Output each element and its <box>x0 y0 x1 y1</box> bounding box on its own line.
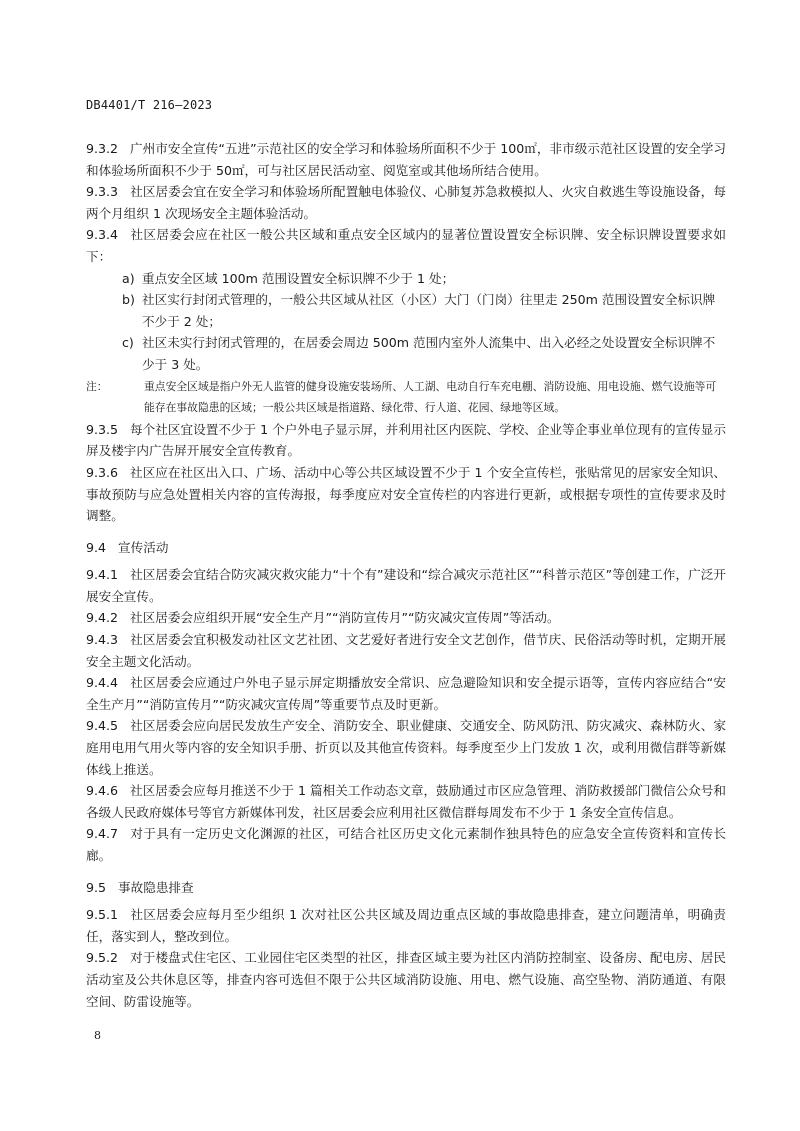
clause-9-3-3: 9.3.3社区居委会宜在安全学习和体验场所配置触电体验仪、心肺复苏急救模拟人、火… <box>86 181 726 224</box>
requirement-list: a)重点安全区域 100m 范围设置安全标识牌不少于 1 处； b)社区实行封闭… <box>86 268 726 376</box>
section-title: 事故隐患排查 <box>118 880 194 895</box>
clause-number: 9.4.2 <box>86 610 118 625</box>
clause-number: 9.3.2 <box>86 141 118 156</box>
clause-9-3-5: 9.3.5每个社区宜设置不少于 1 个户外电子显示屏，并利用社区内医院、学校、企… <box>86 419 726 462</box>
clause-text: 社区居委会应向居民发放生产安全、消防安全、职业健康、交通安全、防风防汛、防灾减灾… <box>86 718 726 776</box>
clause-9-4-1: 9.4.1社区居委会宜结合防灾减灾救灾能力“十个有”建设和“综合减灾示范社区”“… <box>86 564 726 607</box>
page-number: 8 <box>94 1029 101 1042</box>
clause-9-4-4: 9.4.4社区居委会应通过户外电子显示屏定期播放安全常识、应急避险知识和安全提示… <box>86 672 726 715</box>
clause-9-3-4: 9.3.4社区居委会应在社区一般公共区域和重点安全区域内的显著位置设置安全标识牌… <box>86 224 726 267</box>
clause-text: 对于楼盘式住宅区、工业园住宅区类型的社区，排查区域主要为社区内消防控制室、设备房… <box>86 950 726 1008</box>
clause-number: 9.4.3 <box>86 632 118 647</box>
clause-9-5-2: 9.5.2对于楼盘式住宅区、工业园住宅区类型的社区，排查区域主要为社区内消防控制… <box>86 947 726 1012</box>
note-text: 重点安全区域是指户外无人监管的健身设施安装场所、人工湖、电动自行车充电棚、消防设… <box>116 376 726 419</box>
list-marker: b) <box>122 289 135 311</box>
document-body: 9.3.2广州市安全宣传“五进”示范社区的安全学习和体验场所面积不少于 100㎡… <box>86 138 726 1012</box>
list-marker: c) <box>122 332 134 354</box>
clause-text: 每个社区宜设置不少于 1 个户外电子显示屏，并利用社区内医院、学校、企业等企事业… <box>86 422 726 459</box>
clause-number: 9.3.6 <box>86 465 118 480</box>
clause-number: 9.5.1 <box>86 907 118 922</box>
clause-number: 9.3.3 <box>86 184 118 199</box>
standard-code: DB4401/T 216—2023 <box>86 98 212 112</box>
note-marker: 注： <box>86 376 108 398</box>
section-heading-9-4: 9.4宣传活动 <box>86 537 726 559</box>
clause-text: 社区居委会应每月推送不少于 1 篇相关工作动态文章，鼓励通过市区应急管理、消防救… <box>86 783 726 820</box>
clause-9-5-1: 9.5.1社区居委会应每月至少组织 1 次对社区公共区域及周边重点区域的事故隐患… <box>86 904 726 947</box>
list-item-a: a)重点安全区域 100m 范围设置安全标识牌不少于 1 处； <box>122 268 726 290</box>
clause-number: 9.4.7 <box>86 826 118 841</box>
clause-9-4-7: 9.4.7对于具有一定历史文化渊源的社区，可结合社区历史文化元素制作独具特色的应… <box>86 823 726 866</box>
clause-text: 社区居委会宜结合防灾减灾救灾能力“十个有”建设和“综合减灾示范社区”“科普示范区… <box>86 567 726 604</box>
list-item-c: c)社区未实行封闭式管理的，在居委会周边 500m 范围内室外人流集中、出入必经… <box>122 332 726 375</box>
clause-number: 9.4.6 <box>86 783 118 798</box>
clause-text: 社区居委会宜在安全学习和体验场所配置触电体验仪、心肺复苏急救模拟人、火灾自救逃生… <box>86 184 726 221</box>
clause-number: 9.3.4 <box>86 227 118 242</box>
section-heading-9-5: 9.5事故隐患排查 <box>86 877 726 899</box>
list-item-b: b)社区实行封闭式管理的，一般公共区域从社区（小区）大门（门岗）往里走 250m… <box>122 289 726 332</box>
section-number: 9.5 <box>86 880 106 895</box>
clause-number: 9.4.4 <box>86 675 118 690</box>
clause-number: 9.5.2 <box>86 950 118 965</box>
note: 注：重点安全区域是指户外无人监管的健身设施安装场所、人工湖、电动自行车充电棚、消… <box>86 376 726 419</box>
clause-text: 社区居委会应通过户外电子显示屏定期播放安全常识、应急避险知识和安全提示语等，宣传… <box>86 675 726 712</box>
clause-number: 9.3.5 <box>86 422 118 437</box>
clause-9-3-2: 9.3.2广州市安全宣传“五进”示范社区的安全学习和体验场所面积不少于 100㎡… <box>86 138 726 181</box>
list-marker: a) <box>122 268 135 290</box>
list-item-text: 社区未实行封闭式管理的，在居委会周边 500m 范围内室外人流集中、出入必经之处… <box>142 335 715 372</box>
clause-text: 社区应在社区出入口、广场、活动中心等公共区域设置不少于 1 个安全宣传栏，张贴常… <box>86 465 726 523</box>
clause-number: 9.4.5 <box>86 718 118 733</box>
clause-9-4-3: 9.4.3社区居委会宜积极发动社区文艺社团、文艺爱好者进行安全文艺创作，借节庆、… <box>86 629 726 672</box>
section-number: 9.4 <box>86 540 106 555</box>
clause-9-4-5: 9.4.5社区居委会应向居民发放生产安全、消防安全、职业健康、交通安全、防风防汛… <box>86 715 726 780</box>
clause-text: 社区居委会宜积极发动社区文艺社团、文艺爱好者进行安全文艺创作，借节庆、民俗活动等… <box>86 632 726 669</box>
clause-text: 社区居委会应每月至少组织 1 次对社区公共区域及周边重点区域的事故隐患排查，建立… <box>86 907 726 944</box>
section-title: 宣传活动 <box>118 540 168 555</box>
clause-text: 社区居委会应在社区一般公共区域和重点安全区域内的显著位置设置安全标识牌、安全标识… <box>86 227 726 264</box>
clause-number: 9.4.1 <box>86 567 118 582</box>
clause-9-4-2: 9.4.2社区居委会应组织开展“安全生产月”“消防宣传月”“防灾减灾宣传周”等活… <box>86 607 726 629</box>
clause-text: 社区居委会应组织开展“安全生产月”“消防宣传月”“防灾减灾宣传周”等活动。 <box>130 610 560 625</box>
list-item-text: 社区实行封闭式管理的，一般公共区域从社区（小区）大门（门岗）往里走 250m 范… <box>142 292 715 329</box>
clause-text: 对于具有一定历史文化渊源的社区，可结合社区历史文化元素制作独具特色的应急安全宣传… <box>86 826 726 863</box>
clause-9-4-6: 9.4.6社区居委会应每月推送不少于 1 篇相关工作动态文章，鼓励通过市区应急管… <box>86 780 726 823</box>
clause-text: 广州市安全宣传“五进”示范社区的安全学习和体验场所面积不少于 100㎡，非市级示… <box>86 141 726 178</box>
clause-9-3-6: 9.3.6社区应在社区出入口、广场、活动中心等公共区域设置不少于 1 个安全宣传… <box>86 462 726 527</box>
document-page: DB4401/T 216—2023 9.3.2广州市安全宣传“五进”示范社区的安… <box>0 0 800 1131</box>
list-item-text: 重点安全区域 100m 范围设置安全标识牌不少于 1 处； <box>142 271 454 286</box>
